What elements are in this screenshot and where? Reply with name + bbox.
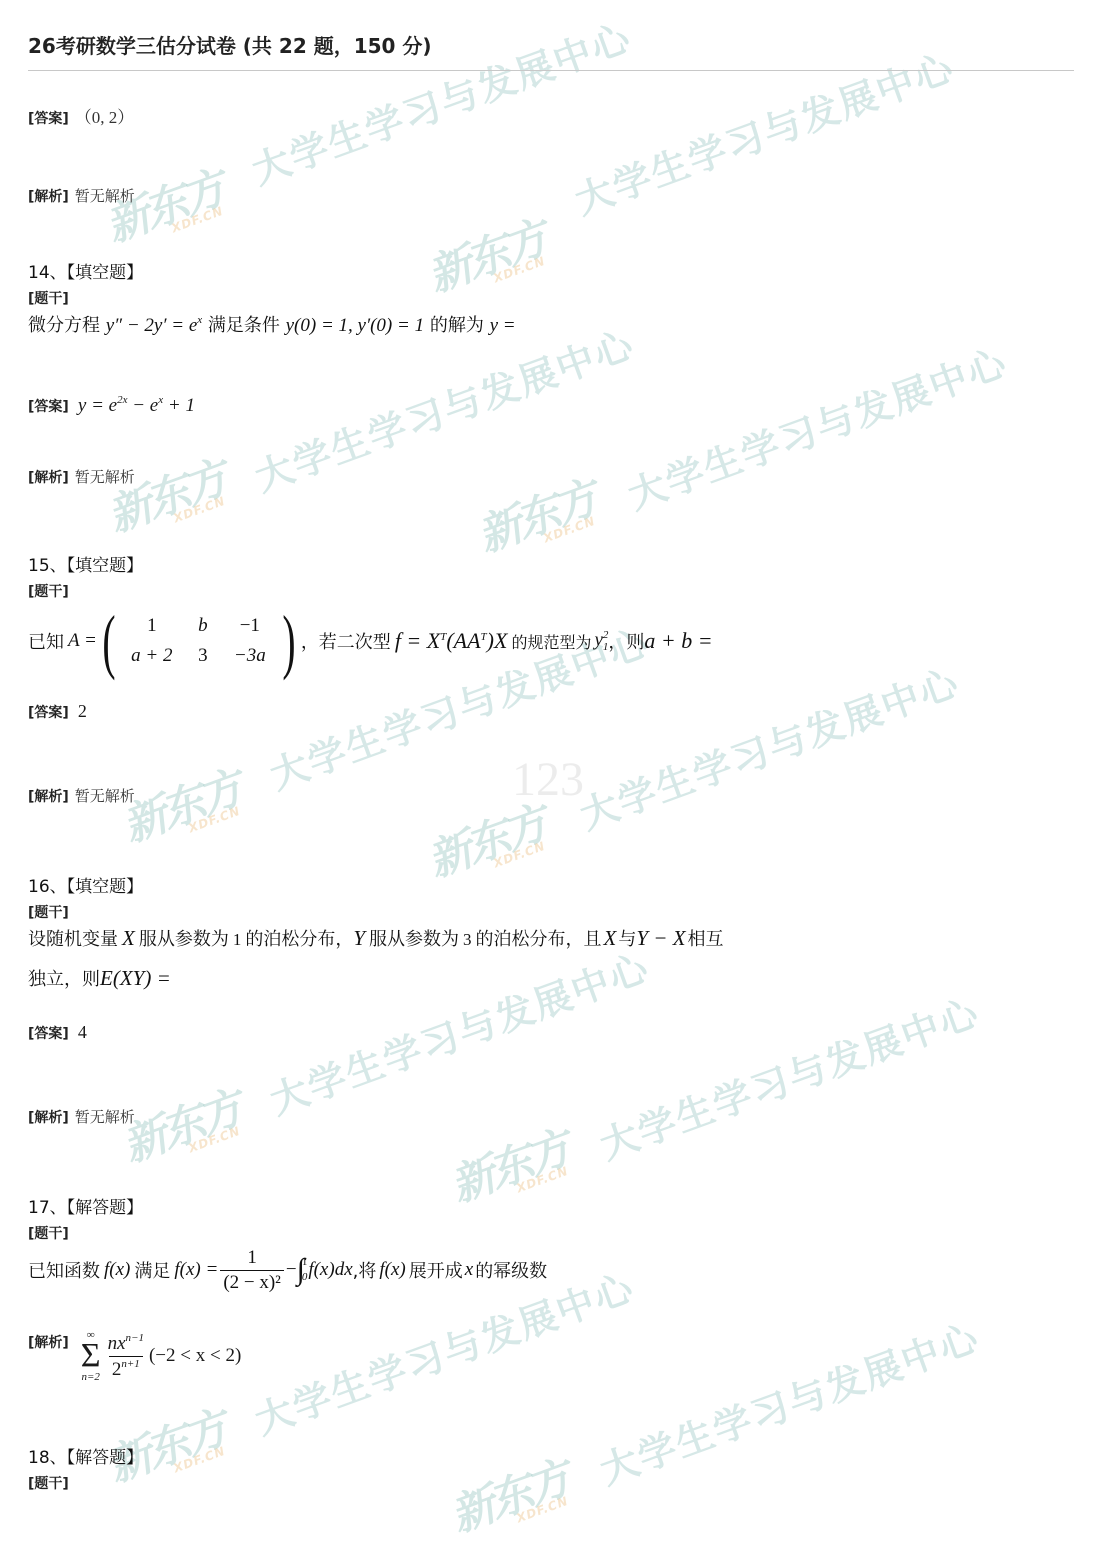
answer-label: [答案]	[28, 1026, 69, 1042]
analysis-label: [解析]	[28, 189, 69, 205]
analysis-value: 暂无解析	[75, 468, 135, 486]
question-heading: 14、【填空题】	[28, 258, 143, 283]
watermark-org-text: 大学生学习与发展中心	[619, 332, 1014, 520]
watermark-faint-number: 123	[512, 752, 584, 807]
watermark-org-text: 大学生学习与发展中心	[591, 1307, 986, 1495]
analysis-label: [解析]	[28, 470, 69, 486]
stem-label: [题干]	[28, 902, 69, 922]
analysis-label: [解析]	[28, 1332, 69, 1352]
analysis-value: 暂无解析	[75, 787, 135, 805]
title-divider	[28, 70, 1074, 71]
fraction: 1 (2 − x)²	[220, 1247, 284, 1294]
q14-answer: [答案] y = e2x − ex + 1	[28, 394, 195, 417]
question-heading: 18、【解答题】	[28, 1443, 143, 1468]
question-stem: 微分方程 y″ − 2y′ = ex 满足条件 y(0) = 1, y′(0) …	[28, 311, 516, 337]
analysis-value: 暂无解析	[75, 1108, 135, 1126]
watermark-logo: 新东方XDF.CN	[97, 445, 227, 546]
watermark-org-text: 大学生学习与发展中心	[246, 314, 641, 502]
answer-label: [答案]	[28, 399, 69, 415]
analysis-label: [解析]	[28, 1110, 69, 1126]
question-stem: 已知 A = ( 1 b −1 a + 2 3 −3a ) ，若二次型 f = …	[28, 602, 713, 680]
q17-analysis: [解析] ∞ Σ n=2 nxn−1 2n+1 (−2 < x < 2)	[28, 1330, 241, 1383]
answer-label: [答案]	[28, 705, 69, 721]
matrix-A: ( 1 b −1 a + 2 3 −3a )	[97, 605, 301, 677]
watermark-org-text: 大学生学习与发展中心	[566, 37, 961, 225]
question-heading: 17、【解答题】	[28, 1193, 143, 1218]
question-heading: 16、【填空题】	[28, 872, 143, 897]
q16-answer: [答案] 4	[28, 1022, 87, 1043]
stem-label: [题干]	[28, 288, 69, 308]
q15-answer: [答案] 2	[28, 701, 87, 722]
q14-analysis: [解析]暂无解析	[28, 466, 135, 487]
answer-value: （0, 2）	[75, 108, 135, 127]
question-stem: 已知函数 f(x) 满足 f(x) = 1 (2 − x)² − ∫ 10 f(…	[28, 1244, 547, 1296]
question-heading: 15、【填空题】	[28, 551, 143, 576]
q16-analysis: [解析]暂无解析	[28, 1106, 135, 1127]
stem-label: [题干]	[28, 1223, 69, 1243]
watermark-org-text: 大学生学习与发展中心	[591, 982, 986, 1170]
analysis-formula: ∞ Σ n=2 nxn−1 2n+1 (−2 < x < 2)	[81, 1330, 241, 1383]
answer-value: y = e2x − ex + 1	[78, 395, 195, 416]
stem-label: [题干]	[28, 1473, 69, 1493]
watermark-org-text: 大学生学习与发展中心	[261, 937, 656, 1125]
answer-value: 4	[78, 1022, 87, 1042]
watermark-logo: 新东方XDF.CN	[417, 205, 547, 306]
watermark-logo: 新东方XDF.CN	[440, 1115, 570, 1216]
q13-analysis: [解析]暂无解析	[28, 185, 135, 206]
q15-analysis: [解析]暂无解析	[28, 785, 135, 806]
question-stem-line-2: 独立，则E(XY) =	[28, 965, 171, 991]
answer-label: [答案]	[28, 111, 69, 127]
analysis-value: 暂无解析	[75, 187, 135, 205]
answer-value: 2	[78, 701, 87, 721]
question-stem-line-1: 设随机变量X服从参数为1的泊松分布，Y服从参数为3的泊松分布，且X与Y − X相…	[28, 925, 724, 951]
analysis-label: [解析]	[28, 789, 69, 805]
page-title: 26考研数学三估分试卷 (共 22 题，150 分)	[28, 30, 432, 59]
watermark-logo: 新东方XDF.CN	[440, 1445, 570, 1546]
q13-answer: [答案]（0, 2）	[28, 103, 134, 128]
stem-label: [题干]	[28, 581, 69, 601]
watermark-logo: 新东方XDF.CN	[467, 465, 597, 566]
